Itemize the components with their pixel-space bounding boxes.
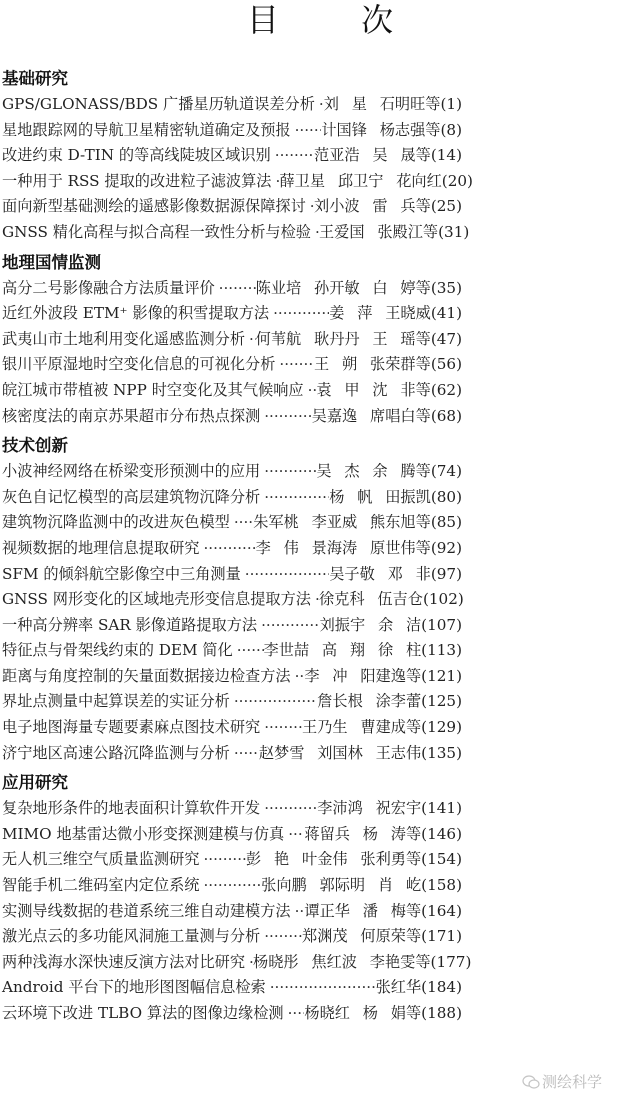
section-heading: 基础研究 [2,66,462,92]
dot-leader [284,822,304,848]
toc-entry[interactable]: 两种浅海水深快速反演方法对比研究杨晓彤 焦红波 李艳雯等(177) [2,950,462,976]
toc-entry[interactable]: 智能手机二维码室内定位系统张向鹏 郭际明 肖 屹(158) [2,873,462,899]
entry-authors: 吴嘉逸 席唱白等 [312,404,431,430]
dot-leader [230,510,253,536]
toc-entry[interactable]: 界址点测量中起算误差的实证分析詹长根 涂李蕾(125) [2,689,462,715]
entry-page-number: (14) [431,143,462,169]
table-of-contents: 基础研究GPS/GLONASS/BDS 广播星历轨道误差分析刘 星 石明旺等(1… [2,62,462,1031]
entry-title: 实测导线数据的巷道系统三维自动建模方法 [2,899,291,925]
entry-title: 改进约束 D-TIN 的等高线陡坡区域识别 [2,143,271,169]
entry-authors: 何苇航 耿丹丹 王 瑶等 [256,327,431,353]
entry-title: 智能手机二维码室内定位系统 [2,873,199,899]
dot-leader [260,796,317,822]
entry-title: GNSS 网形变化的区域地壳形变信息提取方法 [2,587,311,613]
toc-entry[interactable]: 距离与角度控制的矢量面数据接边检查方法李 冲 阳建逸等(121) [2,664,462,690]
dot-leader [291,664,305,690]
entry-authors: 吴子敬 邓 非 [329,562,431,588]
entry-authors: 彭 艳 叶金伟 张利勇等 [246,847,421,873]
entry-title: 皖江城市带植被 NPP 时空变化及其气候响应 [2,378,304,404]
entry-authors: 范亚浩 吴 晟等 [314,143,431,169]
entry-page-number: (107) [421,613,462,639]
entry-page-number: (68) [431,404,462,430]
toc-entry[interactable]: 灰色自记忆模型的高层建筑物沉降分析杨 帆 田振凯(80) [2,485,462,511]
entry-page-number: (154) [421,847,462,873]
toc-entry[interactable]: 建筑物沉降监测中的改进灰色模型朱军桃 李亚威 熊东旭等(85) [2,510,462,536]
entry-authors: 薛卫星 邱卫宁 花向红 [279,169,441,195]
toc-entry[interactable]: 银川平原湿地时空变化信息的可视化分析王 朔 张荣群等(56) [2,352,462,378]
dot-leader [199,536,255,562]
entry-authors: 刘 星 石明旺等 [324,92,441,118]
entry-authors: 刘振宇 余 洁 [320,613,422,639]
entry-page-number: (125) [421,689,462,715]
dot-leader [215,276,256,302]
entry-title: 济宁地区高速公路沉降监测与分析 [2,741,230,767]
entry-title: GNSS 精化高程与拟合高程一致性分析与检验 [2,220,311,246]
entry-authors: 詹长根 涂李蕾 [317,689,421,715]
entry-authors: 蒋留兵 杨 涛等 [304,822,421,848]
entry-title: 小波神经网络在桥梁变形预测中的应用 [2,459,260,485]
dot-leader [304,378,317,404]
entry-title: MIMO 地基雷达微小形变探测建模与仿真 [2,822,284,848]
entry-page-number: (25) [431,194,462,220]
entry-authors: 计国锋 杨志强等 [321,118,440,144]
entry-page-number: (92) [431,536,462,562]
toc-entry[interactable]: GNSS 网形变化的区域地壳形变信息提取方法徐克科 伍吉仓(102) [2,587,462,613]
entry-title: 激光点云的多功能风洞施工量测与分析 [2,924,260,950]
entry-title: 高分二号影像融合方法质量评价 [2,276,215,302]
entry-page-number: (47) [431,327,462,353]
toc-entry[interactable]: 视频数据的地理信息提取研究李 伟 景海涛 原世伟等(92) [2,536,462,562]
entry-title: 无人机三维空气质量监测研究 [2,847,199,873]
entry-title: 一种用于 RSS 提取的改进粒子滤波算法 [2,169,271,195]
toc-entry[interactable]: 激光点云的多功能风洞施工量测与分析郑渊茂 何原荣等(171) [2,924,462,950]
page-title: 目 次 [0,0,640,44]
toc-entry[interactable]: 无人机三维空气质量监测研究彭 艳 叶金伟 张利勇等(154) [2,847,462,873]
section-heading: 应用研究 [2,770,462,796]
dot-leader [260,924,302,950]
dot-leader [241,562,329,588]
dot-leader [315,92,324,118]
toc-entry[interactable]: GNSS 精化高程与拟合高程一致性分析与检验王爱国 张殿江等(31) [2,220,462,246]
entry-page-number: (164) [421,899,462,925]
entry-page-number: (102) [423,587,464,613]
toc-entry[interactable]: 面向新型基础测绘的遥感影像数据源保障探讨刘小波 雷 兵等(25) [2,194,462,220]
entry-title: 特征点与骨架线约束的 DEM 简化 [2,638,233,664]
entry-page-number: (1) [440,92,462,118]
entry-authors: 袁 甲 沈 非等 [316,378,430,404]
entry-page-number: (135) [421,741,462,767]
entry-authors: 王乃生 曹建成等 [302,715,421,741]
entry-title: 灰色自记忆模型的高层建筑物沉降分析 [2,485,260,511]
dot-leader [266,975,376,1001]
entry-authors: 朱军桃 李亚威 熊东旭等 [253,510,431,536]
toc-section: 应用研究复杂地形条件的地表面积计算软件开发李沛鸿 祝宏宇(141)MIMO 地基… [2,770,462,1026]
entry-page-number: (85) [431,510,462,536]
entry-authors: 徐克科 伍吉仓 [319,587,423,613]
dot-leader [245,327,256,353]
toc-entry[interactable]: 高分二号影像融合方法质量评价陈业培 孙开敏 白 婷等(35) [2,276,462,302]
section-heading: 地理国情监测 [2,250,462,276]
dot-leader [306,194,314,220]
dot-leader [311,220,319,246]
entry-authors: 陈业培 孙开敏 白 婷等 [256,276,431,302]
dot-leader [271,169,279,195]
entry-page-number: (31) [438,220,469,246]
dot-leader [260,485,329,511]
dot-leader [260,459,316,485]
dot-leader [245,950,253,976]
entry-title: 界址点测量中起算误差的实证分析 [2,689,230,715]
entry-title: 一种高分辨率 SAR 影像道路提取方法 [2,613,257,639]
entry-page-number: (177) [431,950,472,976]
entry-title: 复杂地形条件的地表面积计算软件开发 [2,796,260,822]
entry-page-number: (41) [431,301,462,327]
entry-title: 距离与角度控制的矢量面数据接边检查方法 [2,664,291,690]
entry-authors: 王爱国 张殿江等 [319,220,438,246]
entry-page-number: (121) [421,664,462,690]
entry-authors: 杨晓红 杨 娟等 [304,1001,421,1027]
entry-title: SFM 的倾斜航空影像空中三角测量 [2,562,241,588]
entry-page-number: (35) [431,276,462,302]
entry-page-number: (80) [431,485,462,511]
dot-leader [257,613,319,639]
entry-authors: 姜 萍 王晓威 [329,301,431,327]
section-heading: 技术创新 [2,433,462,459]
dot-leader [260,715,302,741]
entry-page-number: (184) [421,975,462,1001]
watermark: 测绘科学 [522,1071,602,1092]
toc-entry[interactable]: 小波神经网络在桥梁变形预测中的应用吴 杰 余 腾等(74) [2,459,462,485]
entry-authors: 杨晓彤 焦红波 李艳雯等 [253,950,431,976]
entry-title: 武夷山市土地利用变化遥感监测分析 [2,327,245,353]
dot-leader [311,587,319,613]
entry-authors: 李 伟 景海涛 原世伟等 [256,536,431,562]
dot-leader [291,118,322,144]
entry-page-number: (97) [431,562,462,588]
toc-entry[interactable]: 云环境下改进 TLBO 算法的图像边缘检测杨晓红 杨 娟等(188) [2,1001,462,1027]
dot-leader [271,143,314,169]
toc-entry[interactable]: 近红外波段 ETM⁺ 影像的积雪提取方法姜 萍 王晓威(41) [2,301,462,327]
entry-authors: 张红华 [376,975,422,1001]
entry-authors: 张向鹏 郭际明 肖 屹 [261,873,421,899]
entry-page-number: (62) [431,378,462,404]
entry-title: 云环境下改进 TLBO 算法的图像边缘检测 [2,1001,284,1027]
toc-entry[interactable]: 实测导线数据的巷道系统三维自动建模方法谭正华 潘 梅等(164) [2,899,462,925]
entry-title: 视频数据的地理信息提取研究 [2,536,199,562]
entry-page-number: (20) [442,169,473,195]
dot-leader [291,899,305,925]
dot-leader [230,689,317,715]
entry-title: 近红外波段 ETM⁺ 影像的积雪提取方法 [2,301,269,327]
entry-title: 两种浅海水深快速反演方法对比研究 [2,950,245,976]
toc-entry[interactable]: 电子地图海量专题要素麻点图技术研究王乃生 曹建成等(129) [2,715,462,741]
entry-title: 银川平原湿地时空变化信息的可视化分析 [2,352,275,378]
entry-title: 电子地图海量专题要素麻点图技术研究 [2,715,260,741]
toc-entry[interactable]: 一种用于 RSS 提取的改进粒子滤波算法薛卫星 邱卫宁 花向红(20) [2,169,462,195]
dot-leader [233,638,264,664]
entry-page-number: (129) [421,715,462,741]
entry-title: GPS/GLONASS/BDS 广播星历轨道误差分析 [2,92,315,118]
toc-entry[interactable]: 特征点与骨架线约束的 DEM 简化李世喆 高 翔 徐 柱(113) [2,638,462,664]
entry-title: 核密度法的南京苏果超市分布热点探测 [2,404,260,430]
entry-page-number: (141) [421,796,462,822]
entry-authors: 李 冲 阳建逸等 [304,664,421,690]
toc-entry[interactable]: 皖江城市带植被 NPP 时空变化及其气候响应袁 甲 沈 非等(62) [2,378,462,404]
toc-entry[interactable]: Android 平台下的地形图图幅信息检索张红华(184) [2,975,462,1001]
entry-authors: 李世喆 高 翔 徐 柱 [264,638,422,664]
dot-leader [199,873,261,899]
toc-entry[interactable]: 复杂地形条件的地表面积计算软件开发李沛鸿 祝宏宇(141) [2,796,462,822]
entry-page-number: (74) [431,459,462,485]
entry-page-number: (8) [440,118,462,144]
toc-entry[interactable]: SFM 的倾斜航空影像空中三角测量吴子敬 邓 非(97) [2,562,462,588]
wechat-icon [522,1074,540,1090]
entry-page-number: (188) [421,1001,462,1027]
entry-page-number: (113) [421,638,462,664]
entry-authors: 刘小波 雷 兵等 [314,194,431,220]
watermark-text: 测绘科学 [542,1071,602,1092]
toc-section: 基础研究GPS/GLONASS/BDS 广播星历轨道误差分析刘 星 石明旺等(1… [2,66,462,246]
toc-entry[interactable]: 武夷山市土地利用变化遥感监测分析何苇航 耿丹丹 王 瑶等(47) [2,327,462,353]
toc-entry[interactable]: 济宁地区高速公路沉降监测与分析赵梦雪 刘国林 王志伟(135) [2,741,462,767]
entry-authors: 杨 帆 田振凯 [329,485,431,511]
entry-page-number: (158) [421,873,462,899]
entry-page-number: (146) [421,822,462,848]
entry-authors: 李沛鸿 祝宏宇 [317,796,421,822]
entry-title: 面向新型基础测绘的遥感影像数据源保障探讨 [2,194,306,220]
dot-leader [284,1001,305,1027]
entry-authors: 谭正华 潘 梅等 [304,899,421,925]
entry-title: 建筑物沉降监测中的改进灰色模型 [2,510,230,536]
dot-leader [269,301,329,327]
dot-leader [260,404,311,430]
dot-leader [275,352,314,378]
entry-page-number: (171) [421,924,462,950]
toc-entry[interactable]: 一种高分辨率 SAR 影像道路提取方法刘振宇 余 洁(107) [2,613,462,639]
toc-entry[interactable]: MIMO 地基雷达微小形变探测建模与仿真蒋留兵 杨 涛等(146) [2,822,462,848]
entry-page-number: (56) [431,352,462,378]
toc-section: 技术创新小波神经网络在桥梁变形预测中的应用吴 杰 余 腾等(74)灰色自记忆模型… [2,433,462,766]
toc-entry[interactable]: 星地跟踪网的导航卫星精密轨道确定及预报计国锋 杨志强等(8) [2,118,462,144]
entry-authors: 吴 杰 余 腾等 [316,459,430,485]
dot-leader [230,741,259,767]
entry-title: 星地跟踪网的导航卫星精密轨道确定及预报 [2,118,291,144]
entry-authors: 赵梦雪 刘国林 王志伟 [259,741,421,767]
entry-title: Android 平台下的地形图图幅信息检索 [2,975,266,1001]
toc-entry[interactable]: 改进约束 D-TIN 的等高线陡坡区域识别范亚浩 吴 晟等(14) [2,143,462,169]
entry-authors: 王 朔 张荣群等 [314,352,431,378]
entry-authors: 郑渊茂 何原荣等 [302,924,421,950]
toc-entry[interactable]: GPS/GLONASS/BDS 广播星历轨道误差分析刘 星 石明旺等(1) [2,92,462,118]
toc-section: 地理国情监测高分二号影像融合方法质量评价陈业培 孙开敏 白 婷等(35)近红外波… [2,250,462,430]
dot-leader [199,847,246,873]
toc-entry[interactable]: 核密度法的南京苏果超市分布热点探测吴嘉逸 席唱白等(68) [2,404,462,430]
